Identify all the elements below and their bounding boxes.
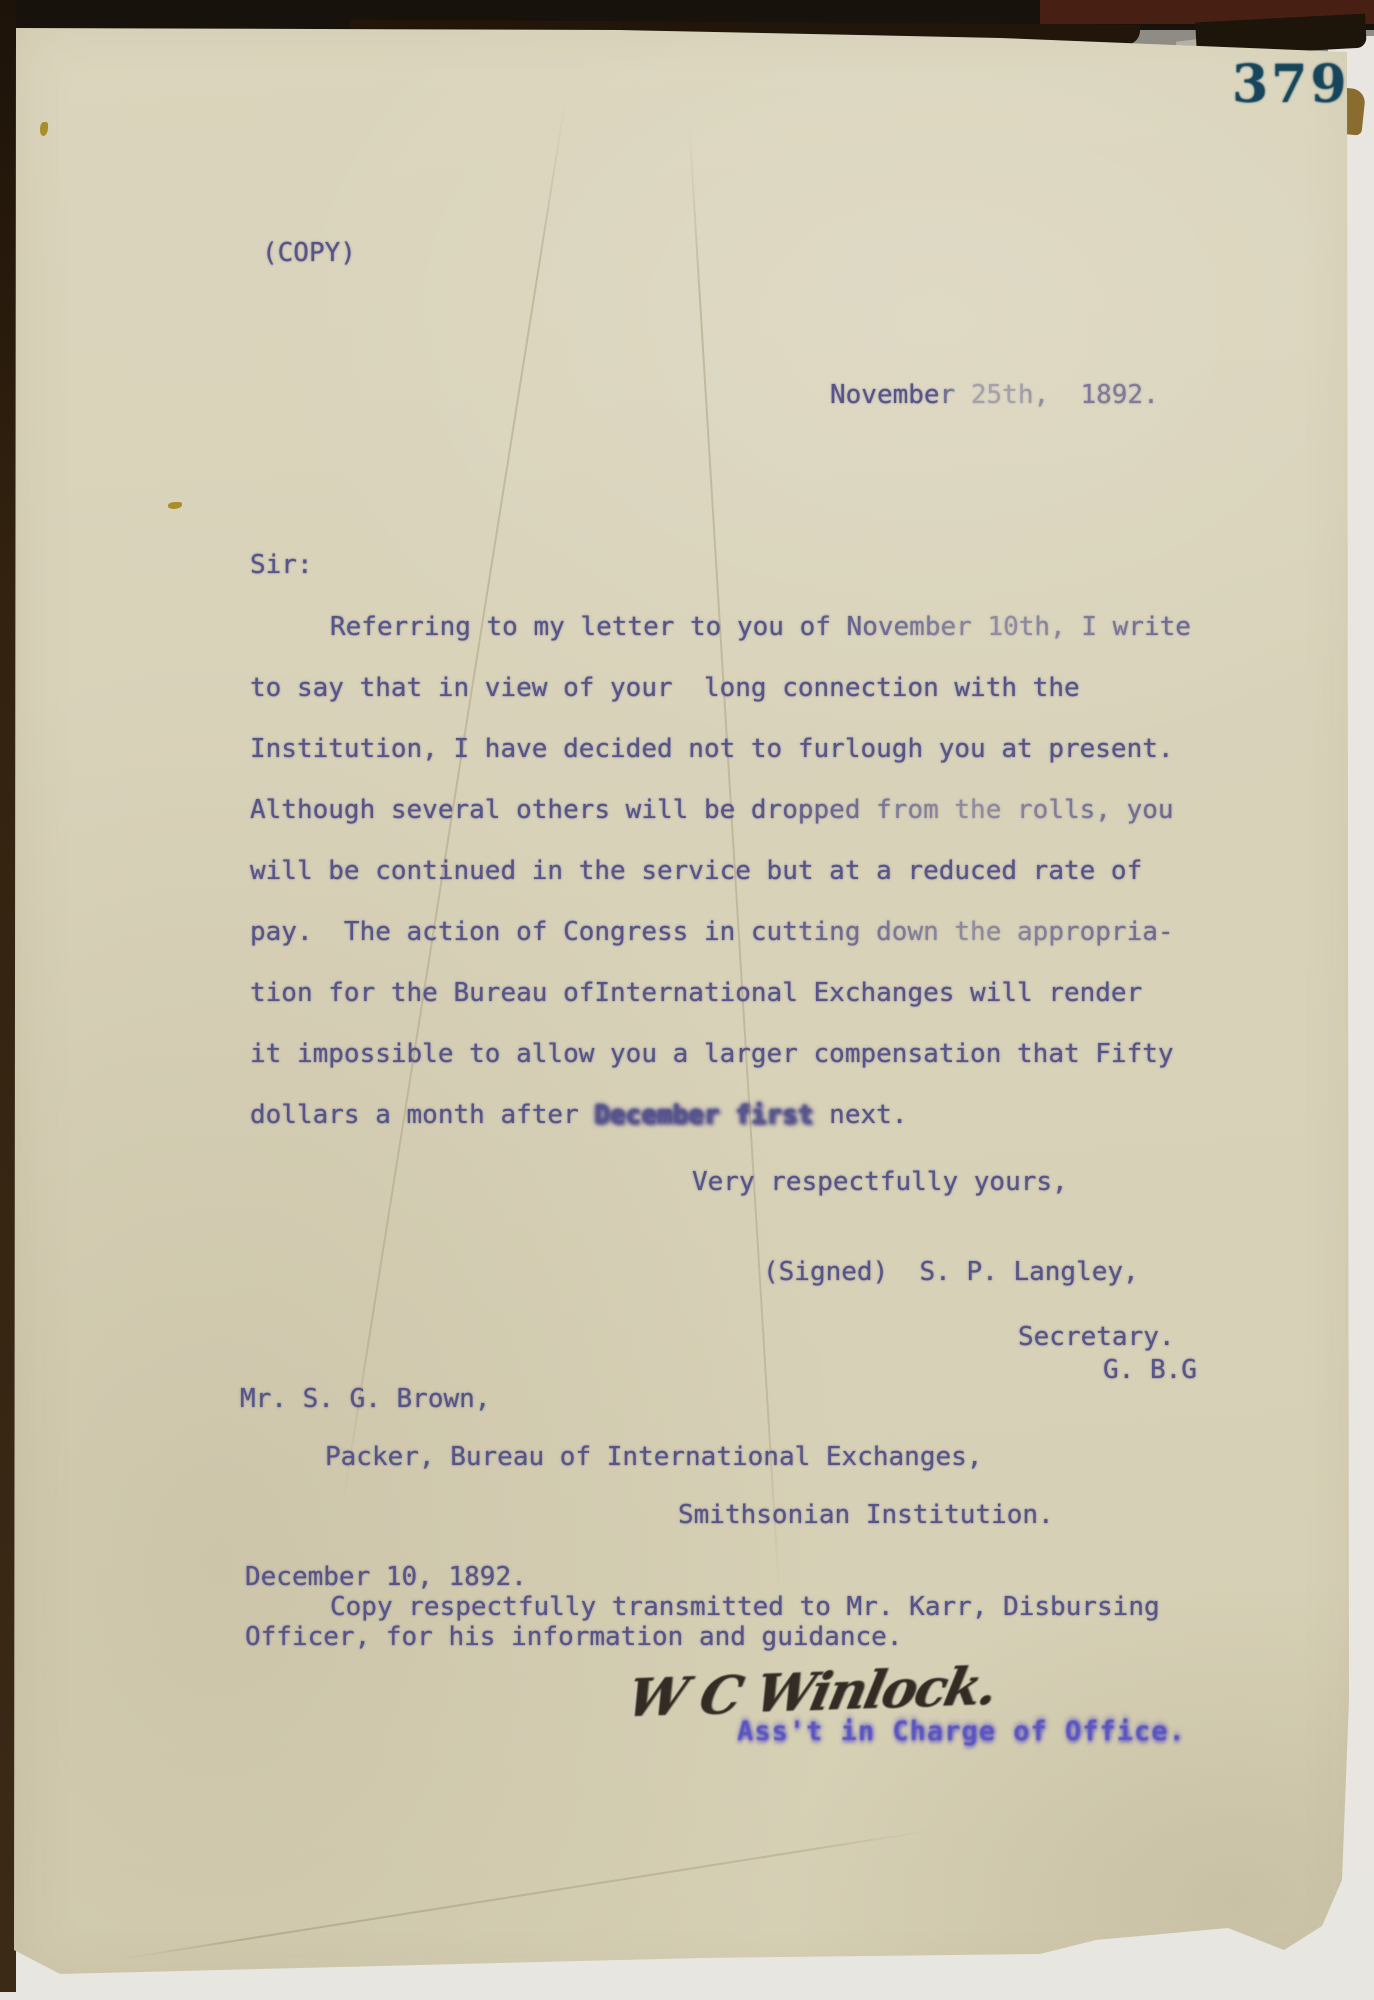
signed-line: (Signed) S. P. Langley, [763, 1255, 1139, 1289]
body-line: to say that in view of your long connect… [250, 671, 1080, 705]
body-line: Although several others will be dropped … [250, 793, 1174, 827]
postscript-line: Officer, for his information and guidanc… [245, 1620, 902, 1654]
copy-label: (COPY) [262, 236, 356, 270]
body-line: it impossible to allow you a larger comp… [250, 1037, 1174, 1071]
body-line-last-pre: dollars a month after [250, 1100, 594, 1130]
clerk-initials: G. B.G [1103, 1353, 1197, 1387]
body-line-last-smudged: December first [594, 1100, 813, 1130]
recipient-organization: Smithsonian Institution. [678, 1498, 1054, 1532]
paper-fold-crease [120, 1830, 930, 1960]
recipient-name: Mr. S. G. Brown, [240, 1382, 490, 1416]
scanned-letter-page: 379 (COPY) November 25th, 1892. Sir: Ref… [0, 0, 1374, 2000]
letter-paper: 379 (COPY) November 25th, 1892. Sir: Ref… [0, 0, 1374, 2000]
signed-title: Secretary. [1018, 1320, 1175, 1354]
paper-speck [40, 122, 48, 136]
page-number-stamp: 379 [1232, 54, 1350, 115]
salutation: Sir: [250, 548, 313, 582]
body-line: Referring to my letter to you of Novembe… [330, 610, 1191, 644]
closing-line: Very respectfully yours, [692, 1165, 1068, 1199]
body-line-last: dollars a month after December first nex… [250, 1098, 907, 1132]
body-line-last-post: next. [814, 1100, 908, 1130]
paper-speck [168, 502, 182, 509]
office-title-stamp: Ass't in Charge of Office. [737, 1716, 1186, 1747]
body-line: tion for the Bureau ofInternational Exch… [250, 976, 1142, 1010]
body-line: will be continued in the service but at … [250, 854, 1142, 888]
body-line: pay. The action of Congress in cutting d… [250, 915, 1174, 949]
postscript-date: December 10, 1892. [245, 1560, 527, 1594]
date-line: November 25th, 1892. [830, 378, 1159, 412]
recipient-title: Packer, Bureau of International Exchange… [325, 1440, 982, 1474]
body-line: Institution, I have decided not to furlo… [250, 732, 1174, 766]
binding-left-edge [0, 0, 16, 1992]
postscript-line: Copy respectfully transmitted to Mr. Kar… [330, 1590, 1160, 1624]
